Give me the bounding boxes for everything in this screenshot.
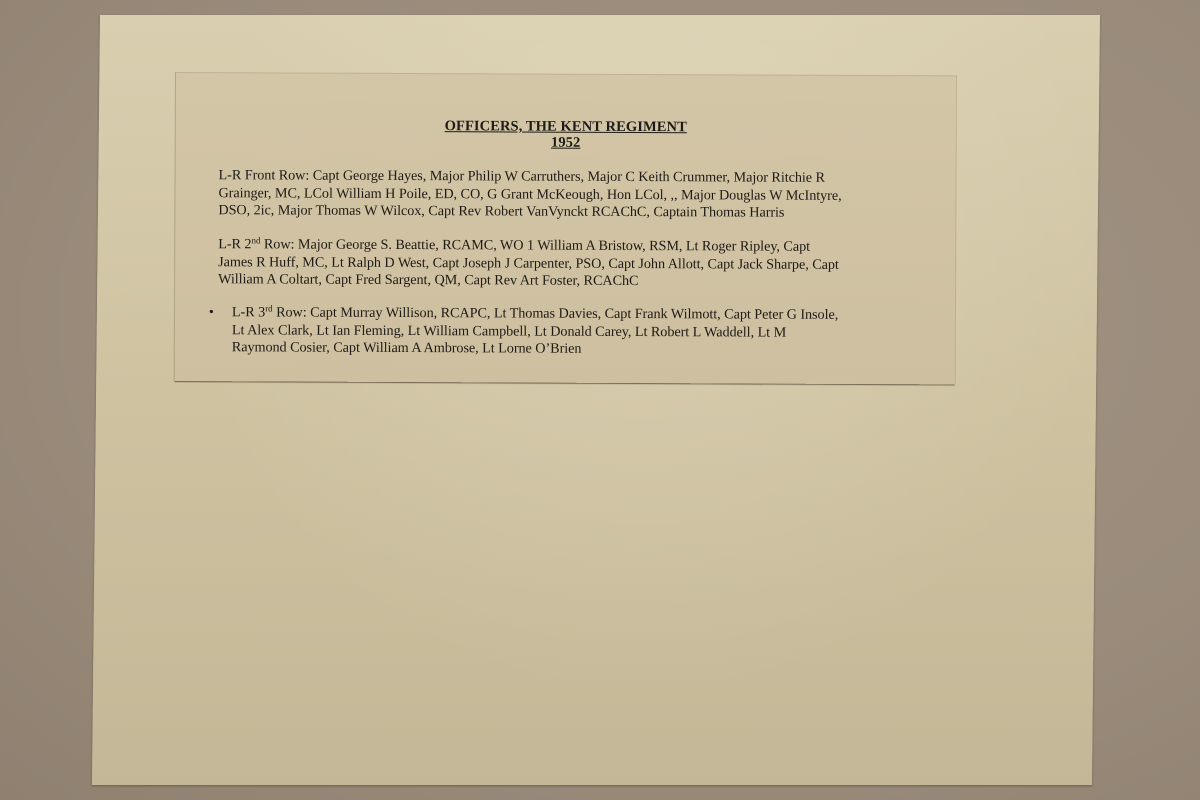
ordinal-suffix: rd bbox=[265, 303, 272, 313]
row-prefix: L-R 2 bbox=[218, 236, 251, 252]
third-row-paragraph: • L-R 3rd Row: Capt Murray Willison, RCA… bbox=[232, 304, 912, 359]
front-row-line: DSO, 2ic, Major Thomas W Wilcox, Capt Re… bbox=[218, 202, 908, 223]
front-row-line: L-R Front Row: Capt George Hayes, Major … bbox=[219, 167, 909, 188]
row-text: Row: Major George S. Beattie, RCAMC, WO … bbox=[260, 236, 810, 254]
front-row-paragraph: L-R Front Row: Capt George Hayes, Major … bbox=[218, 167, 908, 223]
bullet-icon: • bbox=[209, 304, 214, 322]
ordinal-suffix: nd bbox=[251, 235, 260, 245]
title-line-2: 1952 bbox=[176, 133, 956, 152]
row-text: Row: Capt Murray Willison, RCAPC, Lt Tho… bbox=[273, 304, 839, 322]
row-prefix: L-R 3 bbox=[232, 304, 265, 320]
document-title: OFFICERS, THE KENT REGIMENT 1952 bbox=[176, 117, 956, 152]
second-row-line: William A Coltart, Capt Fred Sargent, QM… bbox=[218, 271, 908, 292]
third-row-line: L-R 3rd Row: Capt Murray Willison, RCAPC… bbox=[232, 304, 912, 324]
third-row-line: Raymond Cosier, Capt William A Ambrose, … bbox=[232, 339, 912, 359]
second-row-paragraph: L-R 2nd Row: Major George S. Beattie, RC… bbox=[218, 236, 908, 292]
caption-label-slip: OFFICERS, THE KENT REGIMENT 1952 L-R Fro… bbox=[174, 72, 957, 384]
second-row-line: L-R 2nd Row: Major George S. Beattie, RC… bbox=[218, 236, 908, 257]
